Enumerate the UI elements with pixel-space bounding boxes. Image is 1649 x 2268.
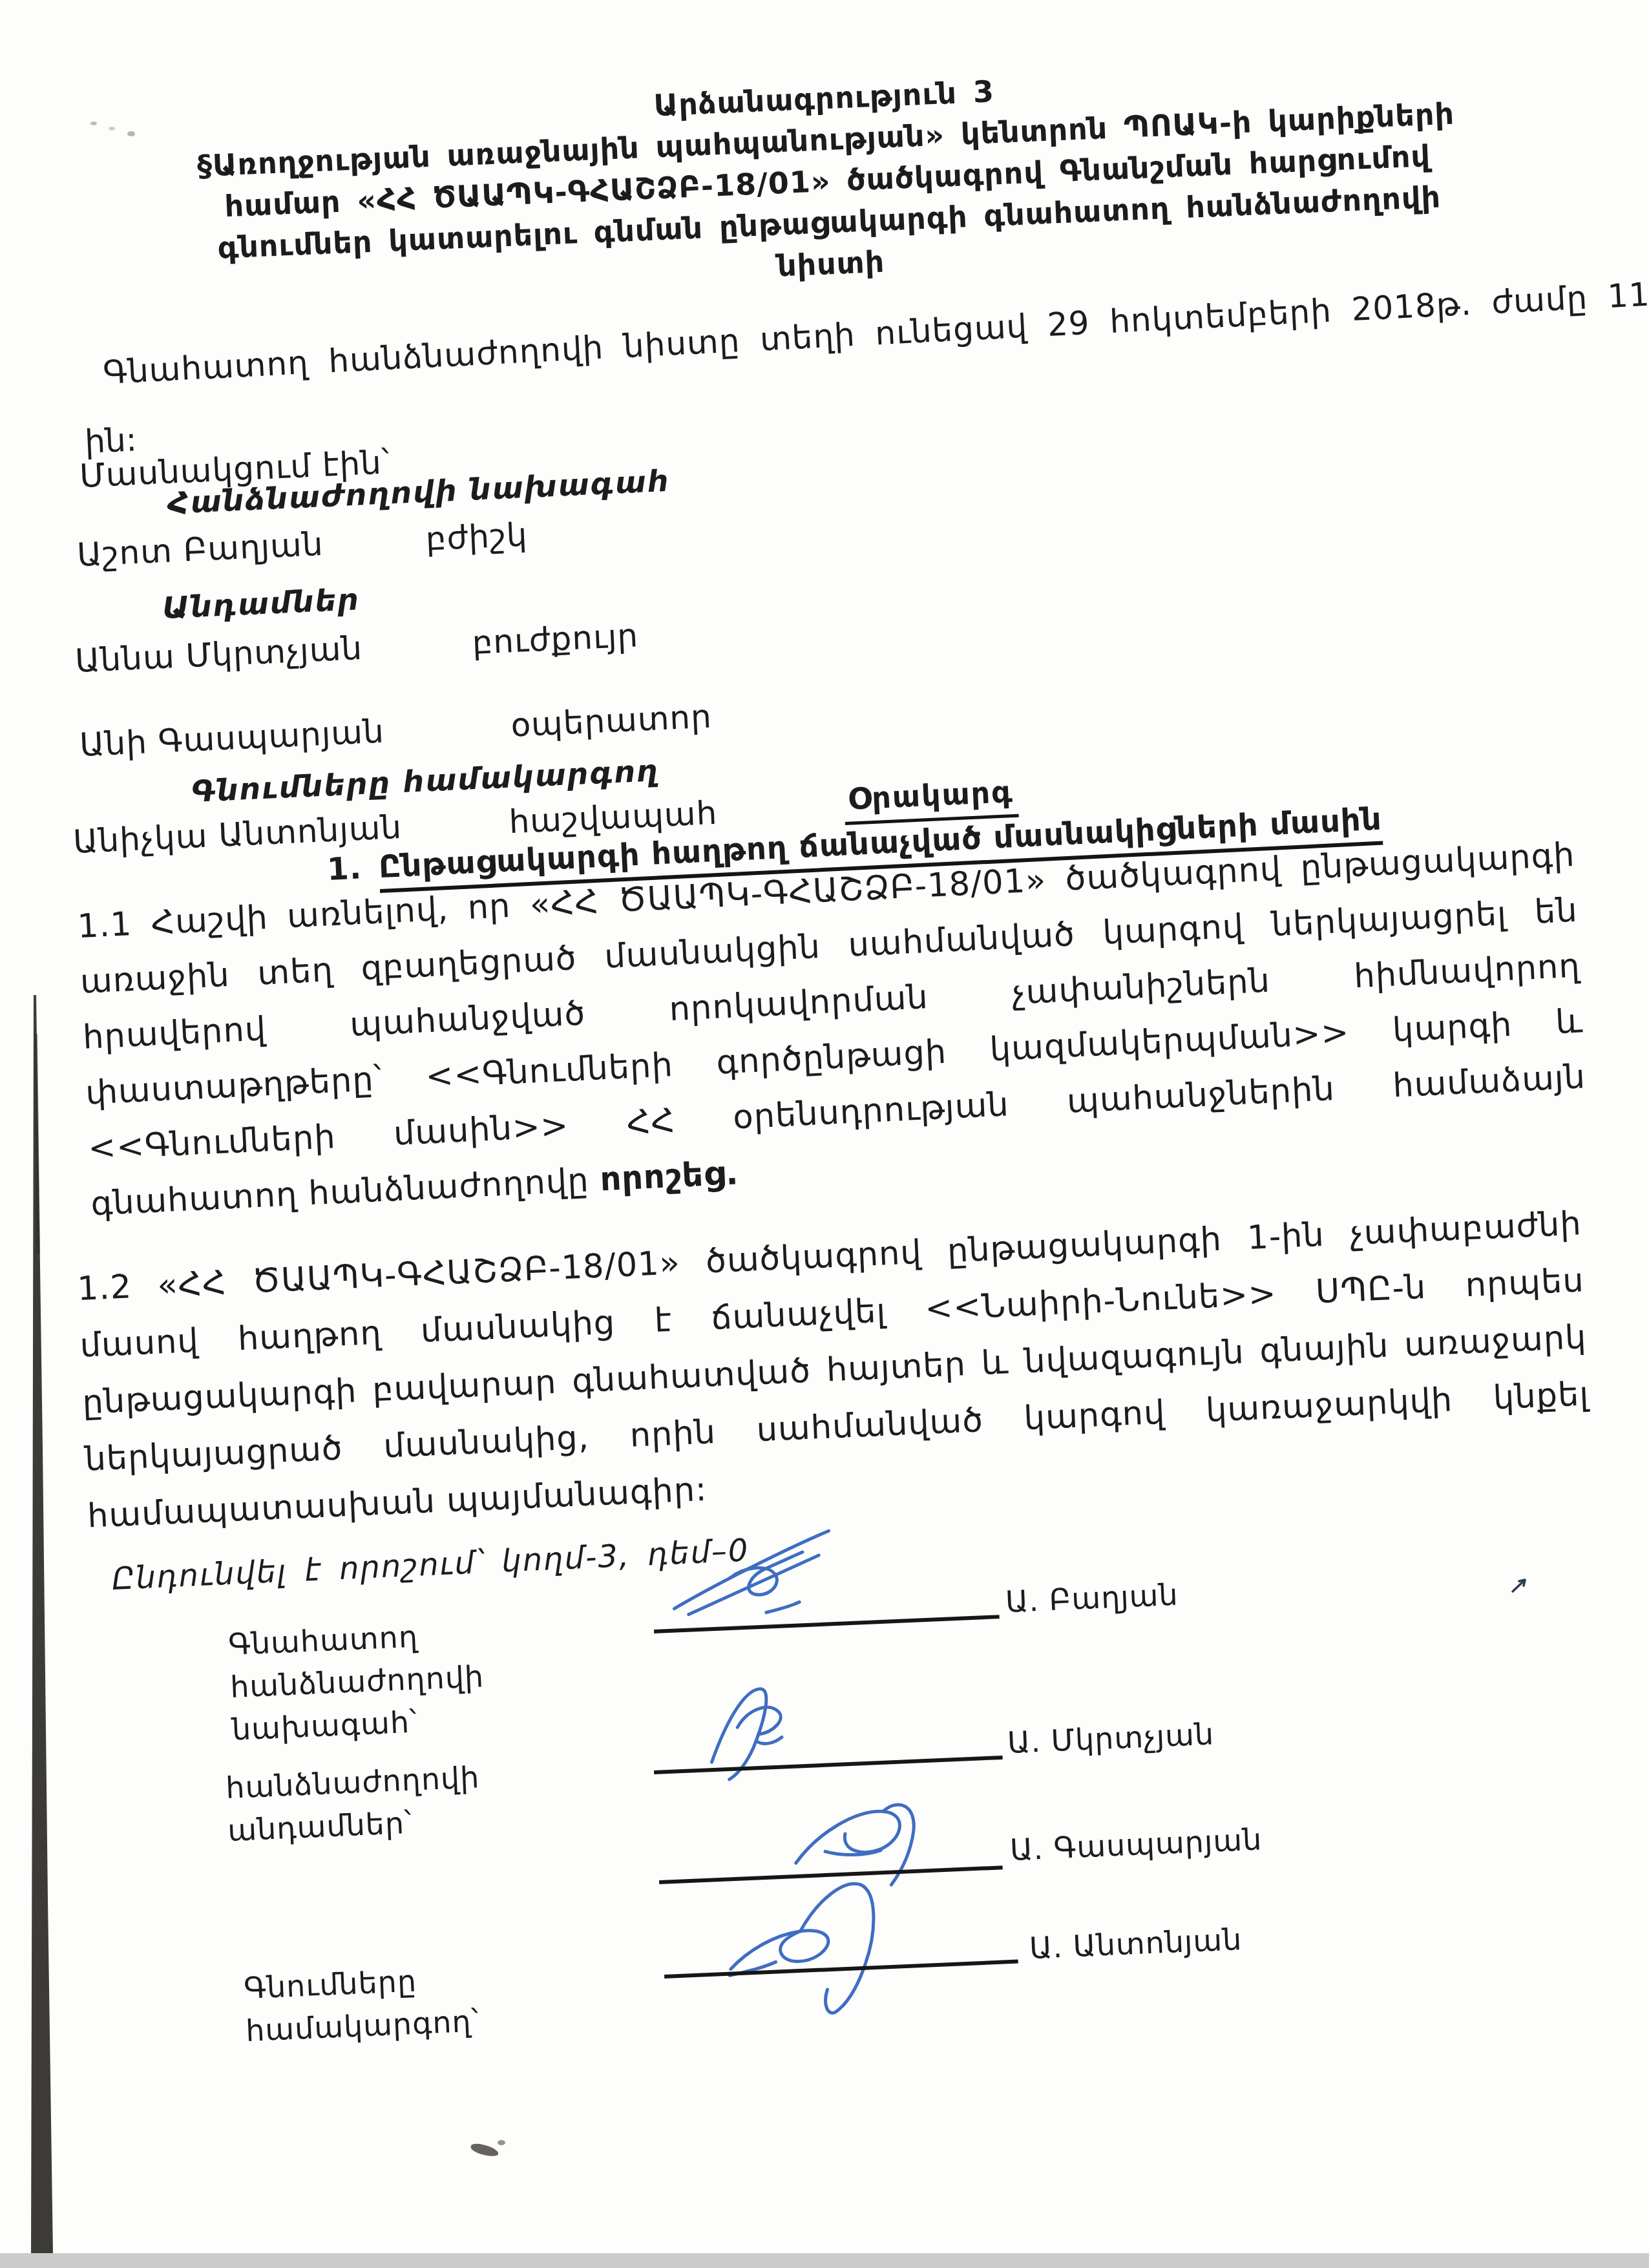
signature-label-chair: Գնահատող հանձնաժողովի նախագահ՝ <box>227 1612 487 1751</box>
attendee-row-member1: Աննա Մկրտչյանբուժքույր <box>74 616 639 680</box>
signature-name-member2: Ա. Գասպարյան <box>1009 1822 1263 1867</box>
attendee-position: բուժքույր <box>471 616 639 662</box>
document-header: Արձանագրություն 3 §Առողջության առաջնային… <box>87 47 1568 315</box>
attendee-position: օպերատոր <box>510 698 713 744</box>
decision-word: որոշեց. <box>599 1154 740 1199</box>
attendee-row-member2: Անի Գասպարյանօպերատոր <box>79 698 713 764</box>
scan-bottom-edge-strip <box>0 2253 1649 2268</box>
attendee-name: Աննա Մկրտչյան <box>74 624 473 680</box>
attendee-name: Անի Գասպարյան <box>79 707 512 764</box>
signature-ink-baghyan <box>666 1518 870 1636</box>
scan-smudge-bottom <box>470 2142 499 2158</box>
attendee-name: Աշոտ Բաղյան <box>76 521 426 574</box>
agenda-item-number: 1. <box>326 850 362 888</box>
pen-tick-mark <box>1509 1575 1531 1596</box>
signature-label-members: հանձնաժողովի անդամներ՝ <box>225 1756 482 1852</box>
attendee-row-chair: Աշոտ Բաղյանբժիշկ <box>76 516 529 574</box>
agenda-title: Օրակարգ <box>843 774 1018 825</box>
signature-name-member1: Ա. Մկրտչյան <box>1007 1716 1215 1760</box>
members-role-header: Անդամներ <box>162 582 361 625</box>
scanned-protocol-page: { "colors":{ "paper":"#fdfdfb", "text":"… <box>0 0 1649 2268</box>
paragraph-1-1: 1.1 Հաշվի առնելով, որ «ՀՀ ԾԱԱՊԿ-ԳՀԱՇՁԲ-1… <box>76 828 1590 1233</box>
vote-result-line: Ընդունվել է որոշում՝ կողմ-3, դեմ–0 <box>111 1532 750 1597</box>
signature-name-chair: Ա. Բաղյան <box>1005 1577 1179 1619</box>
scan-edge-wedge-artifact <box>23 995 62 2256</box>
label-line: համակարգող՝ <box>245 1999 480 2052</box>
scan-smudge-top-left <box>90 121 97 125</box>
paragraph-1-2: 1.2 «ՀՀ ԾԱԱՊԿ-ԳՀԱՇՁԲ-18/01» ծածկագրով ըն… <box>76 1195 1593 1545</box>
attendee-position: բժիշկ <box>425 516 528 558</box>
signature-name-coordinator: Ա. Անտոնյան <box>1029 1922 1243 1966</box>
scan-smudge-bottom-dot <box>498 2140 505 2145</box>
signature-label-coordinator: Գնումները համակարգող՝ <box>243 1957 480 2052</box>
signature-ink-antonyan <box>719 1869 951 2021</box>
